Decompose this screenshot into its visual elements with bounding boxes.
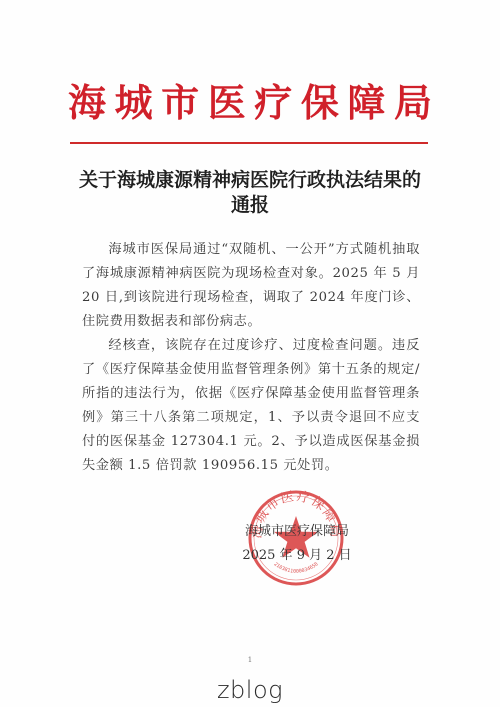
header-char: 城	[115, 80, 153, 126]
document-page: 海 城 市 医 疗 保 障 局 关于海城康源精神病医院行政执法结果的 通报 海城…	[0, 0, 500, 707]
signature-date: 2025 年 9 月 2 日	[222, 544, 372, 568]
body-paragraph-1: 海城市医保局通过“双随机、一公开”方式随机抽取了海城康源精神病医院为现场检查对象…	[82, 238, 420, 334]
document-body: 海城市医保局通过“双随机、一公开”方式随机抽取了海城康源精神病医院为现场检查对象…	[82, 238, 420, 478]
signature-block: 海城市医疗保障局 2025 年 9 月 2 日	[222, 520, 372, 568]
header-char: 局	[394, 80, 432, 126]
page-number: 1	[242, 656, 258, 664]
watermark-text: zblog	[200, 676, 300, 704]
header-char: 保	[301, 80, 339, 126]
header-char: 障	[347, 80, 385, 126]
header-char: 医	[208, 80, 246, 126]
red-header-divider	[70, 142, 428, 144]
document-title: 关于海城康源精神病医院行政执法结果的 通报	[70, 168, 430, 218]
title-line-1: 关于海城康源精神病医院行政执法结果的	[70, 168, 430, 193]
header-char: 市	[161, 80, 199, 126]
issuing-authority-header: 海 城 市 医 疗 保 障 局	[68, 80, 432, 126]
header-char: 海	[68, 80, 106, 126]
title-line-2: 通报	[70, 193, 430, 218]
body-paragraph-2: 经核查，该院存在过度诊疗、过度检查问题。违反了《医疗保障基金使用监督管理条例》第…	[82, 334, 420, 478]
signature-issuer: 海城市医疗保障局	[222, 520, 372, 544]
header-char: 疗	[254, 80, 292, 126]
